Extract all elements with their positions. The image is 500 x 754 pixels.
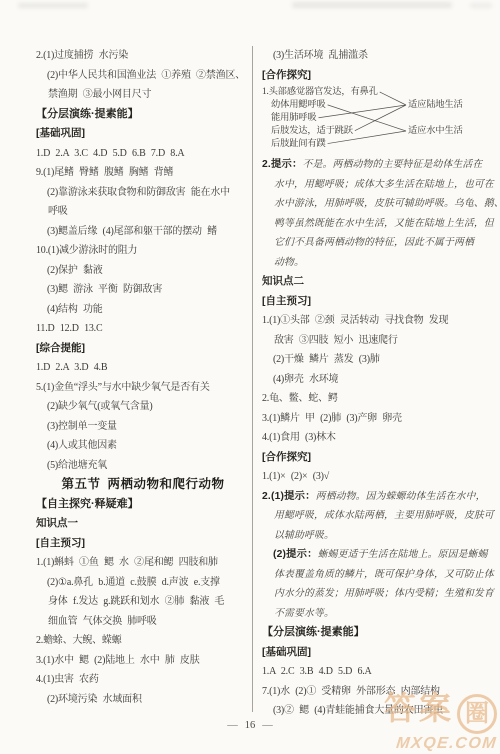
right-column-rest: 2.提示：不是。两栖动物的主要特征是幼体生活在水中，用鳃呼吸；成体大多生活在陆地… [262,155,480,721]
answer-line: (5)给池塘充氧 [36,456,250,476]
answer-line: (3)控制单一变量 [36,417,250,437]
answer-line: 1.(1)× (2)× (3)√ [262,467,480,487]
answer-line: 以辅助呼吸。 [262,526,480,546]
column-divider [252,46,253,712]
answer-line: (3)② 鳃 (4)青蛙能捕食大量的农田害虫 [262,701,480,721]
answer-line: 体表覆盖角质的鳞片，既可保护身体，又可防止体 [262,565,480,585]
answer-line: 知识点二 [262,272,480,292]
answer-line: [自主预习] [36,534,250,554]
answer-line: (3)鳃 游泳 平衡 防御敌害 [36,280,250,300]
answer-line: 2.(1)提示：两栖动物。因为蝾螈幼体生活在水中， [262,487,480,507]
answer-line: 水中游泳，用肺呼吸，皮肤可辅助呼吸。乌龟、鹅、 [262,194,480,214]
page-number-dash: — [262,720,273,731]
matching-target: 适应陆地生活 [408,99,463,111]
answer-line: 【分层演练·提素能】 [36,105,250,125]
answer-line: (2)中华人民共和国渔业法 ①养殖 ②禁渔区、 [36,66,250,86]
answer-line: 鸭等虽然既能在水中生活，又能在陆地上生活，但 [262,214,480,234]
watermark-site: MXQE.COM [383,735,498,753]
page-number-value: 16 [245,720,256,731]
answer-line: 10.(1)减少游泳时的阻力 [36,241,250,261]
workbook-page: 2.(1)过度捕捞 水污染(2)中华人民共和国渔业法 ①养殖 ②禁渔区、禁渔期 … [0,0,500,754]
answer-line: 【自主探究·释疑难】 [36,495,250,515]
answer-line: 9.(1)尾鳍 臀鳍 腹鳍 胸鳍 背鳍 [36,163,250,183]
matching-target: 适应水中生活 [408,125,463,137]
page-number-dash: — [227,720,238,731]
answer-line: 水中，用鳃呼吸；成体大多生活在陆地上，也可在 [262,175,480,195]
answer-line: 2.提示：不是。两栖动物的主要特征是幼体生活在 [262,155,480,175]
answer-line: 1.(1)蝌蚪 ①鱼 鳃 水 ②尾和鳃 四肢和肺 [36,553,250,573]
answer-line: [综合提能] [36,339,250,359]
answer-line: 2.(1)过度捕捞 水污染 [36,46,250,66]
answer-line: 5.(1)金鱼“浮头”与水中缺少氧气是否有关 [36,378,250,398]
answer-line: 1.D 2.A 3.C 4.D 5.D 6.B 7.D 8.A [36,144,250,164]
answer-line: 7.(1)水 (2)① 受精卵 外部形态 内部结构 [262,682,480,702]
answer-line: (2)干燥 鳞片 蒸发 (3)肺 [262,350,480,370]
answer-line: 内水分的蒸发；用肺呼吸；体内受精；生殖和发育 [262,584,480,604]
answer-line: 它们不具备两栖动物的特征，因此不属于两栖 [262,233,480,253]
answer-line: 不需要水等。 [262,604,480,624]
answer-line: (3)生活环境 乱捕滥杀 [262,46,480,66]
answer-line: 敌害 ③四肢 短小 迅速爬行 [262,331,480,351]
answer-line: 知识点一 [36,514,250,534]
answer-line: [基础巩固] [262,643,480,663]
answer-line: [合作探究] [262,66,480,86]
scan-artifact [470,3,492,8]
answer-line: 1.A 2.C 3.B 4.D 5.D 6.A [262,662,480,682]
answer-line: 2.龟、鳖、蛇、鳄 [262,389,480,409]
answer-line: [合作探究] [262,448,480,468]
answer-line: (2)提示：蜥蜴更适于生活在陆地上。原因是蜥蜴 [262,545,480,565]
answer-line: 4.(1)虫害 农药 [36,670,250,690]
answer-line: 3.(1)鳞片 甲 (2)肺 (3)产卵 卵壳 [262,409,480,429]
matching-lines-svg [262,86,480,152]
answer-line: 禁渔期 ③最小网目尺寸 [36,85,250,105]
answer-line: 呼吸 [36,202,250,222]
answer-line: [基础巩固] [36,124,250,144]
answer-line: (2)①a.鼻孔 b.通道 c.鼓膜 d.声波 e.支撑 [36,573,250,593]
right-column-top: (3)生活环境 乱捕滥杀[合作探究] [262,46,480,85]
answer-line: 身体 f.发达 g.跳跃和划水 ②肺 黏液 毛 [36,592,250,612]
answer-line: 第五节 两栖动物和爬行动物 [36,475,250,495]
answer-line: 1.D 2.A 3.D 4.B [36,358,250,378]
answer-line: 4.(1)食用 (3)林木 [262,428,480,448]
left-column: 2.(1)过度捕捞 水污染(2)中华人民共和国渔业法 ①养殖 ②禁渔区、禁渔期 … [36,46,250,709]
answer-line: (4)卵壳 水环境 [262,370,480,390]
matching-diagram: 1.头部感觉器官发达，有鼻孔幼体用鳃呼吸能用肺呼吸后肢发达，适于跳跃后肢趾间有蹼… [262,86,480,152]
answer-line: 2.蟾蜍、大鲵、蝾螈 [36,631,250,651]
answer-line: 用鳃呼吸，成体水陆两栖，主要用肺呼吸，皮肤可 [262,506,480,526]
answer-line: (2)靠游泳来获取食物和防御敌害 能在水中 [36,183,250,203]
scan-artifact [292,2,452,8]
answer-line: 3.(1)水中 鳃 (2)陆地上 水中 肺 皮肤 [36,651,250,671]
answer-line: (3)鳃盖后缘 (4)尾部和躯干部的摆动 鳍 [36,222,250,242]
scan-artifact [18,3,88,8]
answer-line: (4)人或其他因素 [36,436,250,456]
answer-line: (2)缺少氧气(或氧气含量) [36,397,250,417]
answer-line: [自主预习] [262,292,480,312]
answer-line: 动物。 [262,253,480,273]
answer-line: (2)保护 黏液 [36,261,250,281]
page-number: —16— [220,720,280,731]
right-column: (3)生活环境 乱捕滥杀[合作探究] 1.头部感觉器官发达，有鼻孔幼体用鳃呼吸能… [262,46,480,721]
answer-line: 细血管 气体交换 肺呼吸 [36,612,250,632]
answer-line: (4)结构 功能 [36,300,250,320]
answer-line: 【分层演练·提素能】 [262,623,480,643]
answer-line: (2)环境污染 水域面积 [36,690,250,710]
answer-line: 1.(1)①头部 ②颈 灵活转动 寻找食物 发现 [262,311,480,331]
answer-line: 11.D 12.D 13.C [36,319,250,339]
